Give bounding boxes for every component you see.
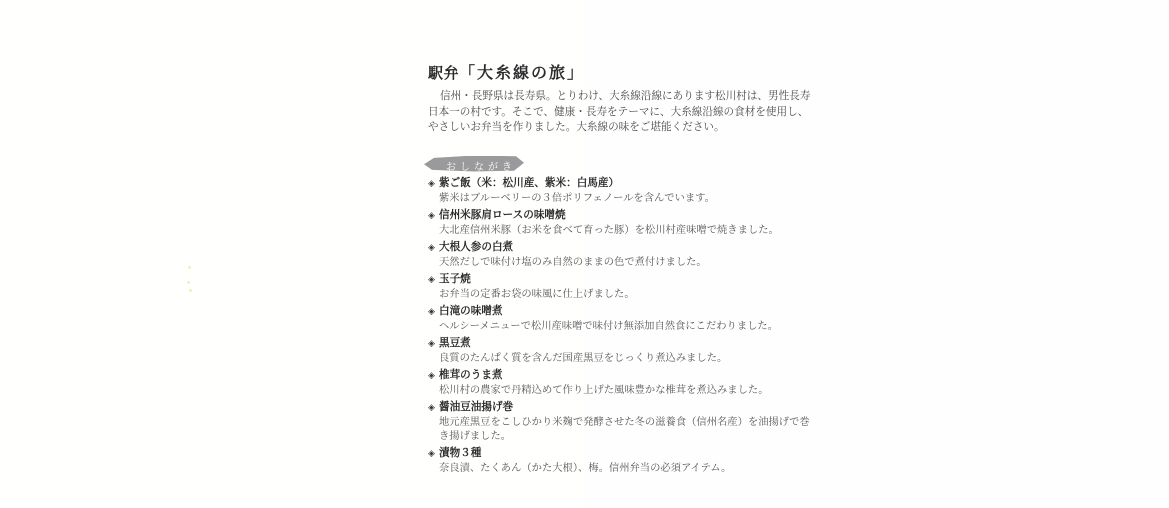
diamond-bullet-icon: ◈ xyxy=(428,177,439,191)
menu-item: ◈信州米豚肩ロースの味噌焼 大北産信州米豚（お米を食べて育った豚）を松川村産味噌… xyxy=(428,208,818,237)
menu-item-name: 白滝の味噌煮 xyxy=(439,305,503,317)
banner-label: おしながき xyxy=(446,158,516,173)
menu-item: ◈白滝の味噌煮 ヘルシーメニューで松川産味噌で味付け無添加自然食にこだわりました… xyxy=(428,304,818,333)
menu-item-name: 椎茸のうま煮 xyxy=(439,369,503,381)
menu-document: 駅弁「大糸線の旅」 信州・長野県は長寿県。とりわけ、大糸線沿線にあります松川村は… xyxy=(428,60,818,478)
scan-speck xyxy=(187,281,190,284)
menu-item: ◈大根人参の白煮 天然だしで味付け塩のみ自然のままの色で煮付けました。 xyxy=(428,240,818,269)
menu-item-name: 醤油豆油揚げ巻 xyxy=(439,401,513,413)
scan-speck xyxy=(189,289,192,292)
menu-item-name: 黒豆煮 xyxy=(439,337,471,349)
menu-item-desc: 地元産黒豆をこしひかり米麹で発酵させた冬の滋養食（信州名産）を油揚げで巻き揚げま… xyxy=(428,415,818,443)
menu-item: ◈椎茸のうま煮 松川村の農家で丹精込めて作り上げた風味豊かな椎茸を煮込みました。 xyxy=(428,368,818,397)
oshinagaki-banner: おしながき xyxy=(424,156,524,172)
scan-speck xyxy=(188,266,191,269)
diamond-bullet-icon: ◈ xyxy=(428,401,439,415)
diamond-bullet-icon: ◈ xyxy=(428,273,439,287)
menu-item-desc: 奈良漬、たくあん（かた大根）、梅。信州弁当の必須アイテム。 xyxy=(428,461,818,475)
menu-item-desc: お弁当の定番お袋の味風に仕上げました。 xyxy=(428,287,818,301)
menu-item-name: 信州米豚肩ロースの味噌焼 xyxy=(439,209,566,221)
diamond-bullet-icon: ◈ xyxy=(428,337,439,351)
title-main: 「大糸線の旅」 xyxy=(459,63,585,82)
menu-item-name: 紫ご飯（米：松川産、紫米：白馬産） xyxy=(439,177,619,189)
diamond-bullet-icon: ◈ xyxy=(428,369,439,383)
menu-item-desc: 大北産信州米豚（お米を食べて育った豚）を松川村産味噌で焼きました。 xyxy=(428,223,818,237)
menu-list: ◈紫ご飯（米：松川産、紫米：白馬産） 紫米はブルーベリーの３倍ポリフェノールを含… xyxy=(428,176,818,475)
title-prefix: 駅弁 xyxy=(428,64,459,82)
menu-item-desc: ヘルシーメニューで松川産味噌で味付け無添加自然食にこだわりました。 xyxy=(428,319,818,333)
menu-item: ◈醤油豆油揚げ巻 地元産黒豆をこしひかり米麹で発酵させた冬の滋養食（信州名産）を… xyxy=(428,400,818,443)
diamond-bullet-icon: ◈ xyxy=(428,209,439,223)
menu-item-desc: 紫米はブルーベリーの３倍ポリフェノールを含んでいます。 xyxy=(428,191,818,205)
menu-item-desc: 松川村の農家で丹精込めて作り上げた風味豊かな椎茸を煮込みました。 xyxy=(428,383,818,397)
diamond-bullet-icon: ◈ xyxy=(428,447,439,461)
menu-item-name: 漬物３種 xyxy=(439,447,481,459)
menu-item-desc: 天然だしで味付け塩のみ自然のままの色で煮付けました。 xyxy=(428,255,818,269)
menu-item-name: 玉子焼 xyxy=(439,273,471,285)
menu-item-desc: 良質のたんぱく質を含んだ国産黒豆をじっくり煮込みました。 xyxy=(428,351,818,365)
menu-item: ◈黒豆煮 良質のたんぱく質を含んだ国産黒豆をじっくり煮込みました。 xyxy=(428,336,818,365)
diamond-bullet-icon: ◈ xyxy=(428,241,439,255)
diamond-bullet-icon: ◈ xyxy=(428,305,439,319)
menu-item-name: 大根人参の白煮 xyxy=(439,241,513,253)
menu-item: ◈玉子焼 お弁当の定番お袋の味風に仕上げました。 xyxy=(428,272,818,301)
menu-item: ◈紫ご飯（米：松川産、紫米：白馬産） 紫米はブルーベリーの３倍ポリフェノールを含… xyxy=(428,176,818,205)
menu-item: ◈漬物３種 奈良漬、たくあん（かた大根）、梅。信州弁当の必須アイテム。 xyxy=(428,446,818,475)
page-title: 駅弁「大糸線の旅」 xyxy=(428,60,818,83)
intro-paragraph: 信州・長野県は長寿県。とりわけ、大糸線沿線にあります松川村は、男性長寿日本一の村… xyxy=(428,89,818,136)
